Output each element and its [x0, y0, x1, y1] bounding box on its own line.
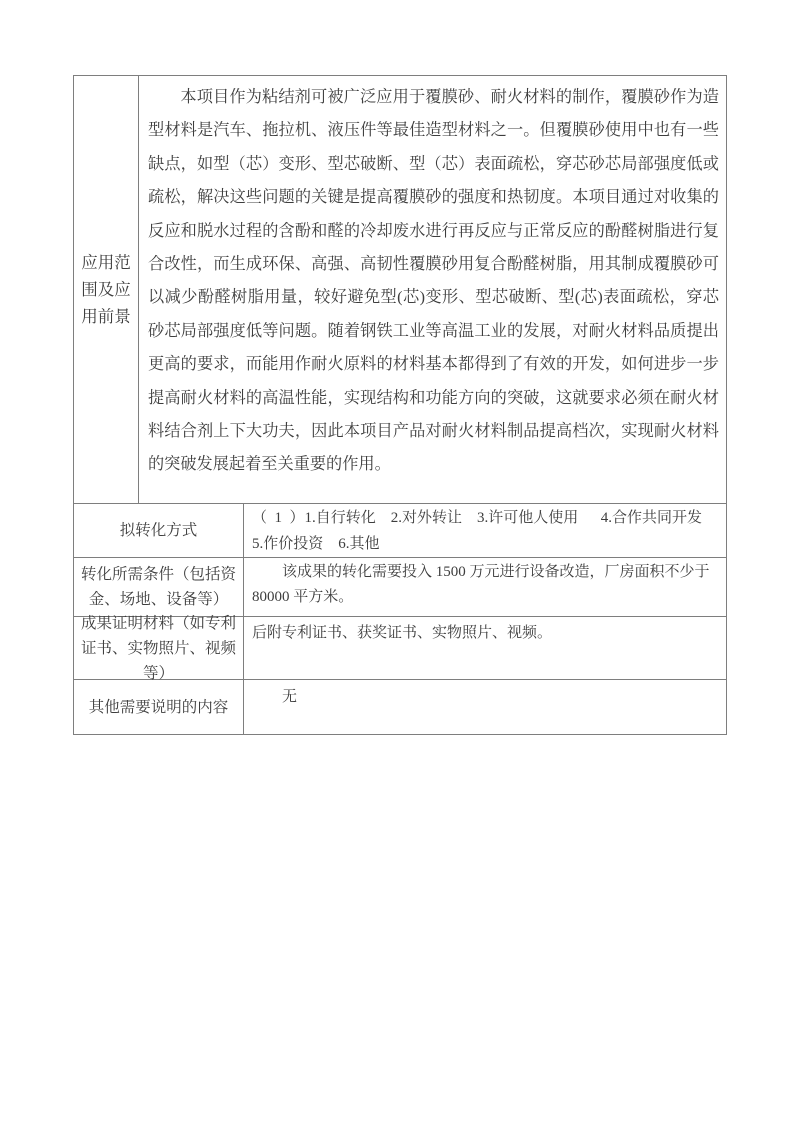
row-label-application-scope: 应用范围及应用前景 — [74, 76, 139, 503]
table-row-application-scope: 应用范围及应用前景 本项目作为粘结剂可被广泛应用于覆膜砂、耐火材料的制作，覆膜砂… — [74, 76, 726, 503]
row-label-other-notes: 其他需要说明的内容 — [74, 680, 244, 734]
row-label-transformation-method: 拟转化方式 — [74, 504, 244, 557]
table-row-other-notes: 其他需要说明的内容 无 — [74, 679, 726, 734]
row-content-other-notes: 无 — [244, 680, 726, 734]
row-content-proof-materials: 后附专利证书、获奖证书、实物照片、视频。 — [244, 617, 726, 679]
other-notes-text: 无 — [252, 684, 720, 710]
required-conditions-text: 该成果的转化需要投入 1500 万元进行设备改造，厂房面积不少于 80000 平… — [252, 560, 720, 610]
application-scope-paragraph: 本项目作为粘结剂可被广泛应用于覆膜砂、耐火材料的制作，覆膜砂作为造型材料是汽车、… — [148, 81, 719, 482]
row-content-required-conditions: 该成果的转化需要投入 1500 万元进行设备改造，厂房面积不少于 80000 平… — [244, 558, 726, 616]
achievement-form-table: 应用范围及应用前景 本项目作为粘结剂可被广泛应用于覆膜砂、耐火材料的制作，覆膜砂… — [73, 75, 727, 735]
table-row-proof-materials: 成果证明材料（如专利证书、实物照片、视频等） 后附专利证书、获奖证书、实物照片、… — [74, 616, 726, 679]
table-row-transformation-method: 拟转化方式 （ 1 ）1.自行转化 2.对外转让 3.许可他人使用 4.合作共同… — [74, 503, 726, 557]
row-label-required-conditions: 转化所需条件（包括资金、场地、设备等） — [74, 558, 244, 616]
row-content-application-scope: 本项目作为粘结剂可被广泛应用于覆膜砂、耐火材料的制作，覆膜砂作为造型材料是汽车、… — [139, 76, 726, 503]
row-content-transformation-method: （ 1 ）1.自行转化 2.对外转让 3.许可他人使用 4.合作共同开发5.作价… — [244, 504, 726, 557]
proof-materials-text: 后附专利证书、获奖证书、实物照片、视频。 — [252, 620, 720, 646]
row-label-proof-materials: 成果证明材料（如专利证书、实物照片、视频等） — [74, 617, 244, 679]
table-row-required-conditions: 转化所需条件（包括资金、场地、设备等） 该成果的转化需要投入 1500 万元进行… — [74, 557, 726, 616]
